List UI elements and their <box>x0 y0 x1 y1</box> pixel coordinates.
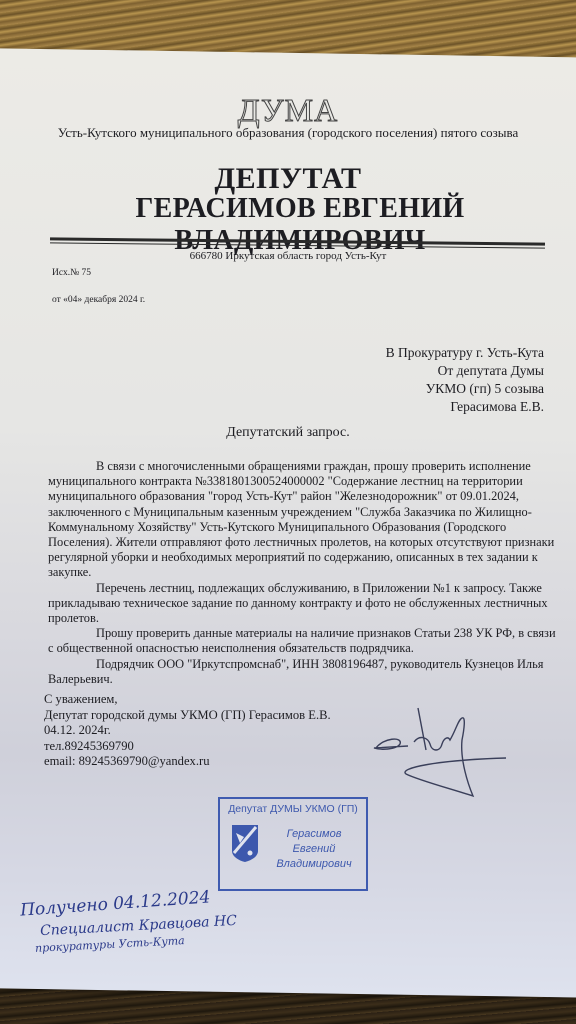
stamp-name: Герасимов Евгений Владимирович <box>264 827 364 872</box>
recipient-line: В Прокуратуру г. Усть-Кута <box>280 344 544 362</box>
closing-regards: С уважением, <box>44 692 331 708</box>
coat-of-arms-icon <box>230 823 260 863</box>
deputy-stamp: Депутат ДУМЫ УКМО (ГП) Герасимов Евгений… <box>218 797 368 891</box>
closing-phone: тел.89245369790 <box>44 739 331 755</box>
stamp-name-line: Евгений <box>264 842 364 857</box>
stamp-name-line: Герасимов <box>264 827 364 842</box>
closing-email: email: 89245369790@yandex.ru <box>44 754 331 770</box>
recipient-line: Герасимова Е.В. <box>280 398 544 416</box>
signature-icon <box>358 700 508 800</box>
request-title: Депутатский запрос. <box>0 425 576 441</box>
stamp-header: Депутат ДУМЫ УКМО (ГП) <box>220 803 366 815</box>
outgoing-number: Исх.№ 75 <box>52 268 91 278</box>
recipient-line: От депутата Думы <box>280 362 544 380</box>
document: ДУМА Усть-Кутского муниципального образо… <box>0 0 576 1024</box>
letterhead-address: 666780 Иркутская область город Усть-Кут <box>0 250 576 262</box>
body-paragraph: Перечень лестниц, подлежащих обслуживани… <box>48 581 560 627</box>
recipient-line: УКМО (гп) 5 созыва <box>280 380 544 398</box>
body-paragraph: В связи с многочисленными обращениями гр… <box>48 459 560 581</box>
position-title: ДЕПУТАТ <box>0 162 576 196</box>
recipient-block: В Прокуратуру г. Усть-Кута От депутата Д… <box>280 344 544 416</box>
closing-date: 04.12. 2024г. <box>44 723 331 739</box>
stamp-name-line: Владимирович <box>264 857 364 872</box>
body-paragraph: Прошу проверить данные материалы на нали… <box>48 626 560 656</box>
request-body: В связи с многочисленными обращениями гр… <box>48 459 560 687</box>
closing-block: С уважением, Депутат городской думы УКМО… <box>44 692 331 770</box>
organization-line: Усть-Кутского муниципального образования… <box>0 125 576 141</box>
duma-title: ДУМА <box>0 92 576 129</box>
body-paragraph: Подрядчик ООО "Иркутспромснаб", ИНН 3808… <box>48 657 560 687</box>
receipt-note: Получено 04.12.2024 Специалист Кравцова … <box>0 882 300 982</box>
reference-date: от «04» декабря 2024 г. <box>52 295 145 305</box>
closing-signer: Депутат городской думы УКМО (ГП) Герасим… <box>44 708 331 724</box>
